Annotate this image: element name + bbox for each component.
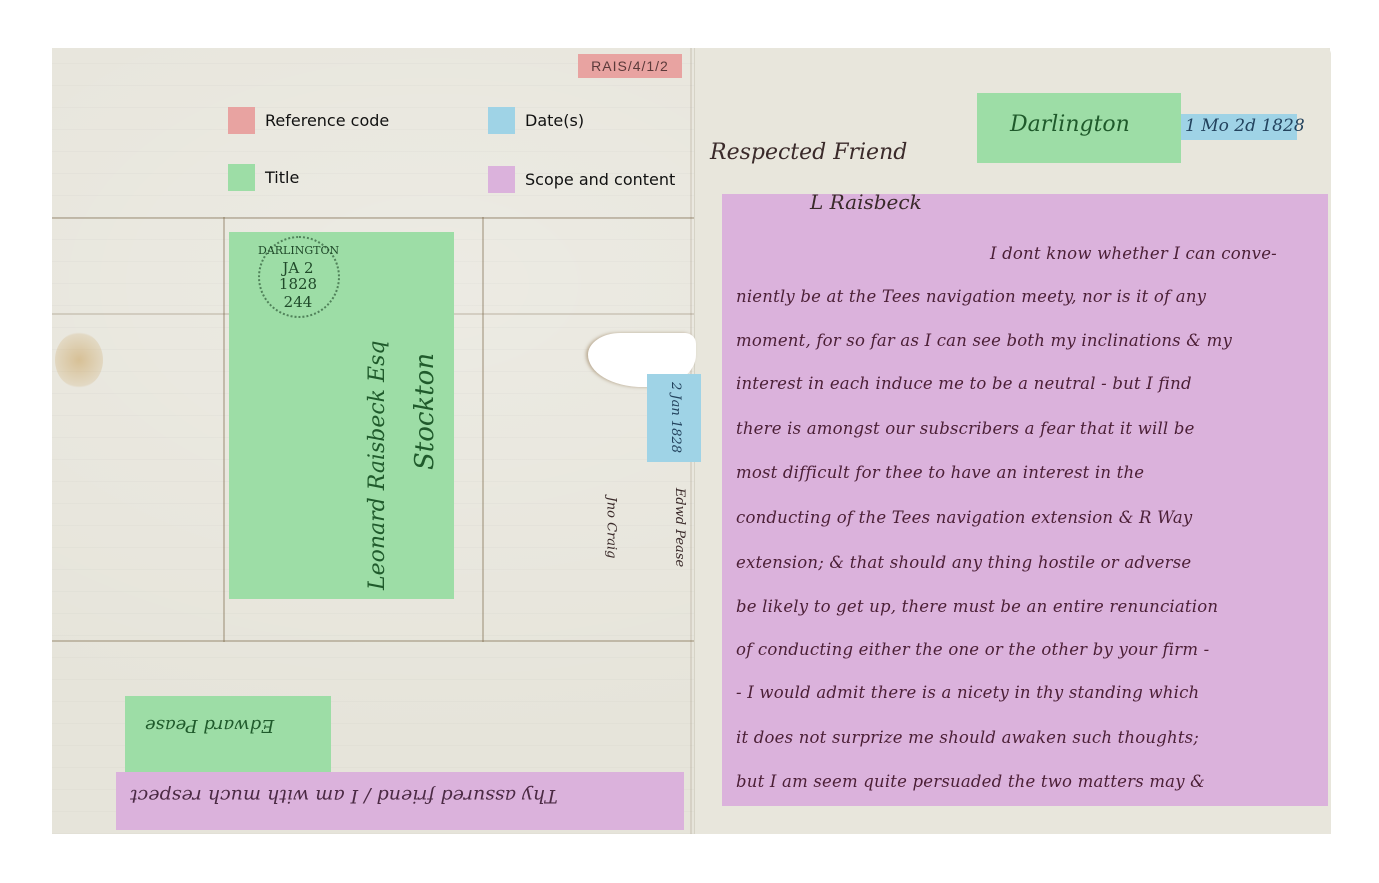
letter-date: 1 Mo 2d 1828 [1185,116,1305,136]
letter-salutation: Respected Friend [710,140,907,165]
letter-line: niently be at the Tees navigation meety,… [736,287,1206,306]
letter-addressee: L Raisbeck [810,190,922,214]
fold-line [482,217,484,642]
letter-line: most difficult for thee to have an inter… [736,463,1144,482]
letter-line: interest in each induce me to be a neutr… [736,374,1192,393]
docket-correspondent: Jno Craig [603,497,618,559]
docket-subject: Edwd Pease [672,488,687,567]
legend-label: Reference code [265,111,389,130]
legend-label: Scope and content [525,170,675,189]
fold-line [52,640,694,642]
legend-item-scope: Scope and content [488,166,675,193]
letter-line: be likely to get up, there must be an en… [736,597,1218,616]
letter-line: extension; & that should any thing hosti… [736,553,1191,572]
letter-line: moment, for so far as I can see both my … [736,331,1232,350]
postmark-number: 244 [258,294,338,311]
paper-stain [55,332,103,388]
highlight-scope-letter-body [722,194,1328,806]
legend-swatch-purple [488,166,515,193]
legend-swatch-red [228,107,255,134]
reference-code-text: RAIS/4/1/2 [578,54,682,78]
letter-line: of conducting either the one or the othe… [736,640,1209,659]
postmark-stamp: DARLINGTON JA 2 1828 244 [258,236,342,320]
legend-label: Date(s) [525,111,584,130]
closing-upside-down: Thy assured friend / I am with much resp… [130,785,558,807]
postmark-year: 1828 [258,276,338,293]
legend-item-reference-code: Reference code [228,107,389,134]
letter-line: conducting of the Tees navigation extens… [736,508,1192,527]
legend-label: Title [265,168,299,187]
envelope-addressee: Leonard Raisbeck Esq [365,341,390,590]
signature-upside-down: Edward Pease [145,715,274,736]
legend-swatch-green [228,164,255,191]
letter-line: there is amongst our subscribers a fear … [736,419,1195,438]
legend-item-dates: Date(s) [488,107,584,134]
legend-swatch-blue [488,107,515,134]
legend-item-title: Title [228,164,299,191]
letter-line: but I am seem quite persuaded the two ma… [736,772,1205,791]
letter-line: it does not surprize me should awaken su… [736,728,1199,747]
postmark-town: DARLINGTON [258,242,338,259]
fold-line [52,217,694,219]
letter-place: Darlington [1010,112,1130,137]
fold-line [223,217,225,642]
letter-line: I dont know whether I can conve- [990,244,1277,263]
letter-line: - I would admit there is a nicety in thy… [736,683,1199,702]
docket-date: 2 Jan 1828 [668,382,683,453]
envelope-town: Stockton [410,353,440,470]
